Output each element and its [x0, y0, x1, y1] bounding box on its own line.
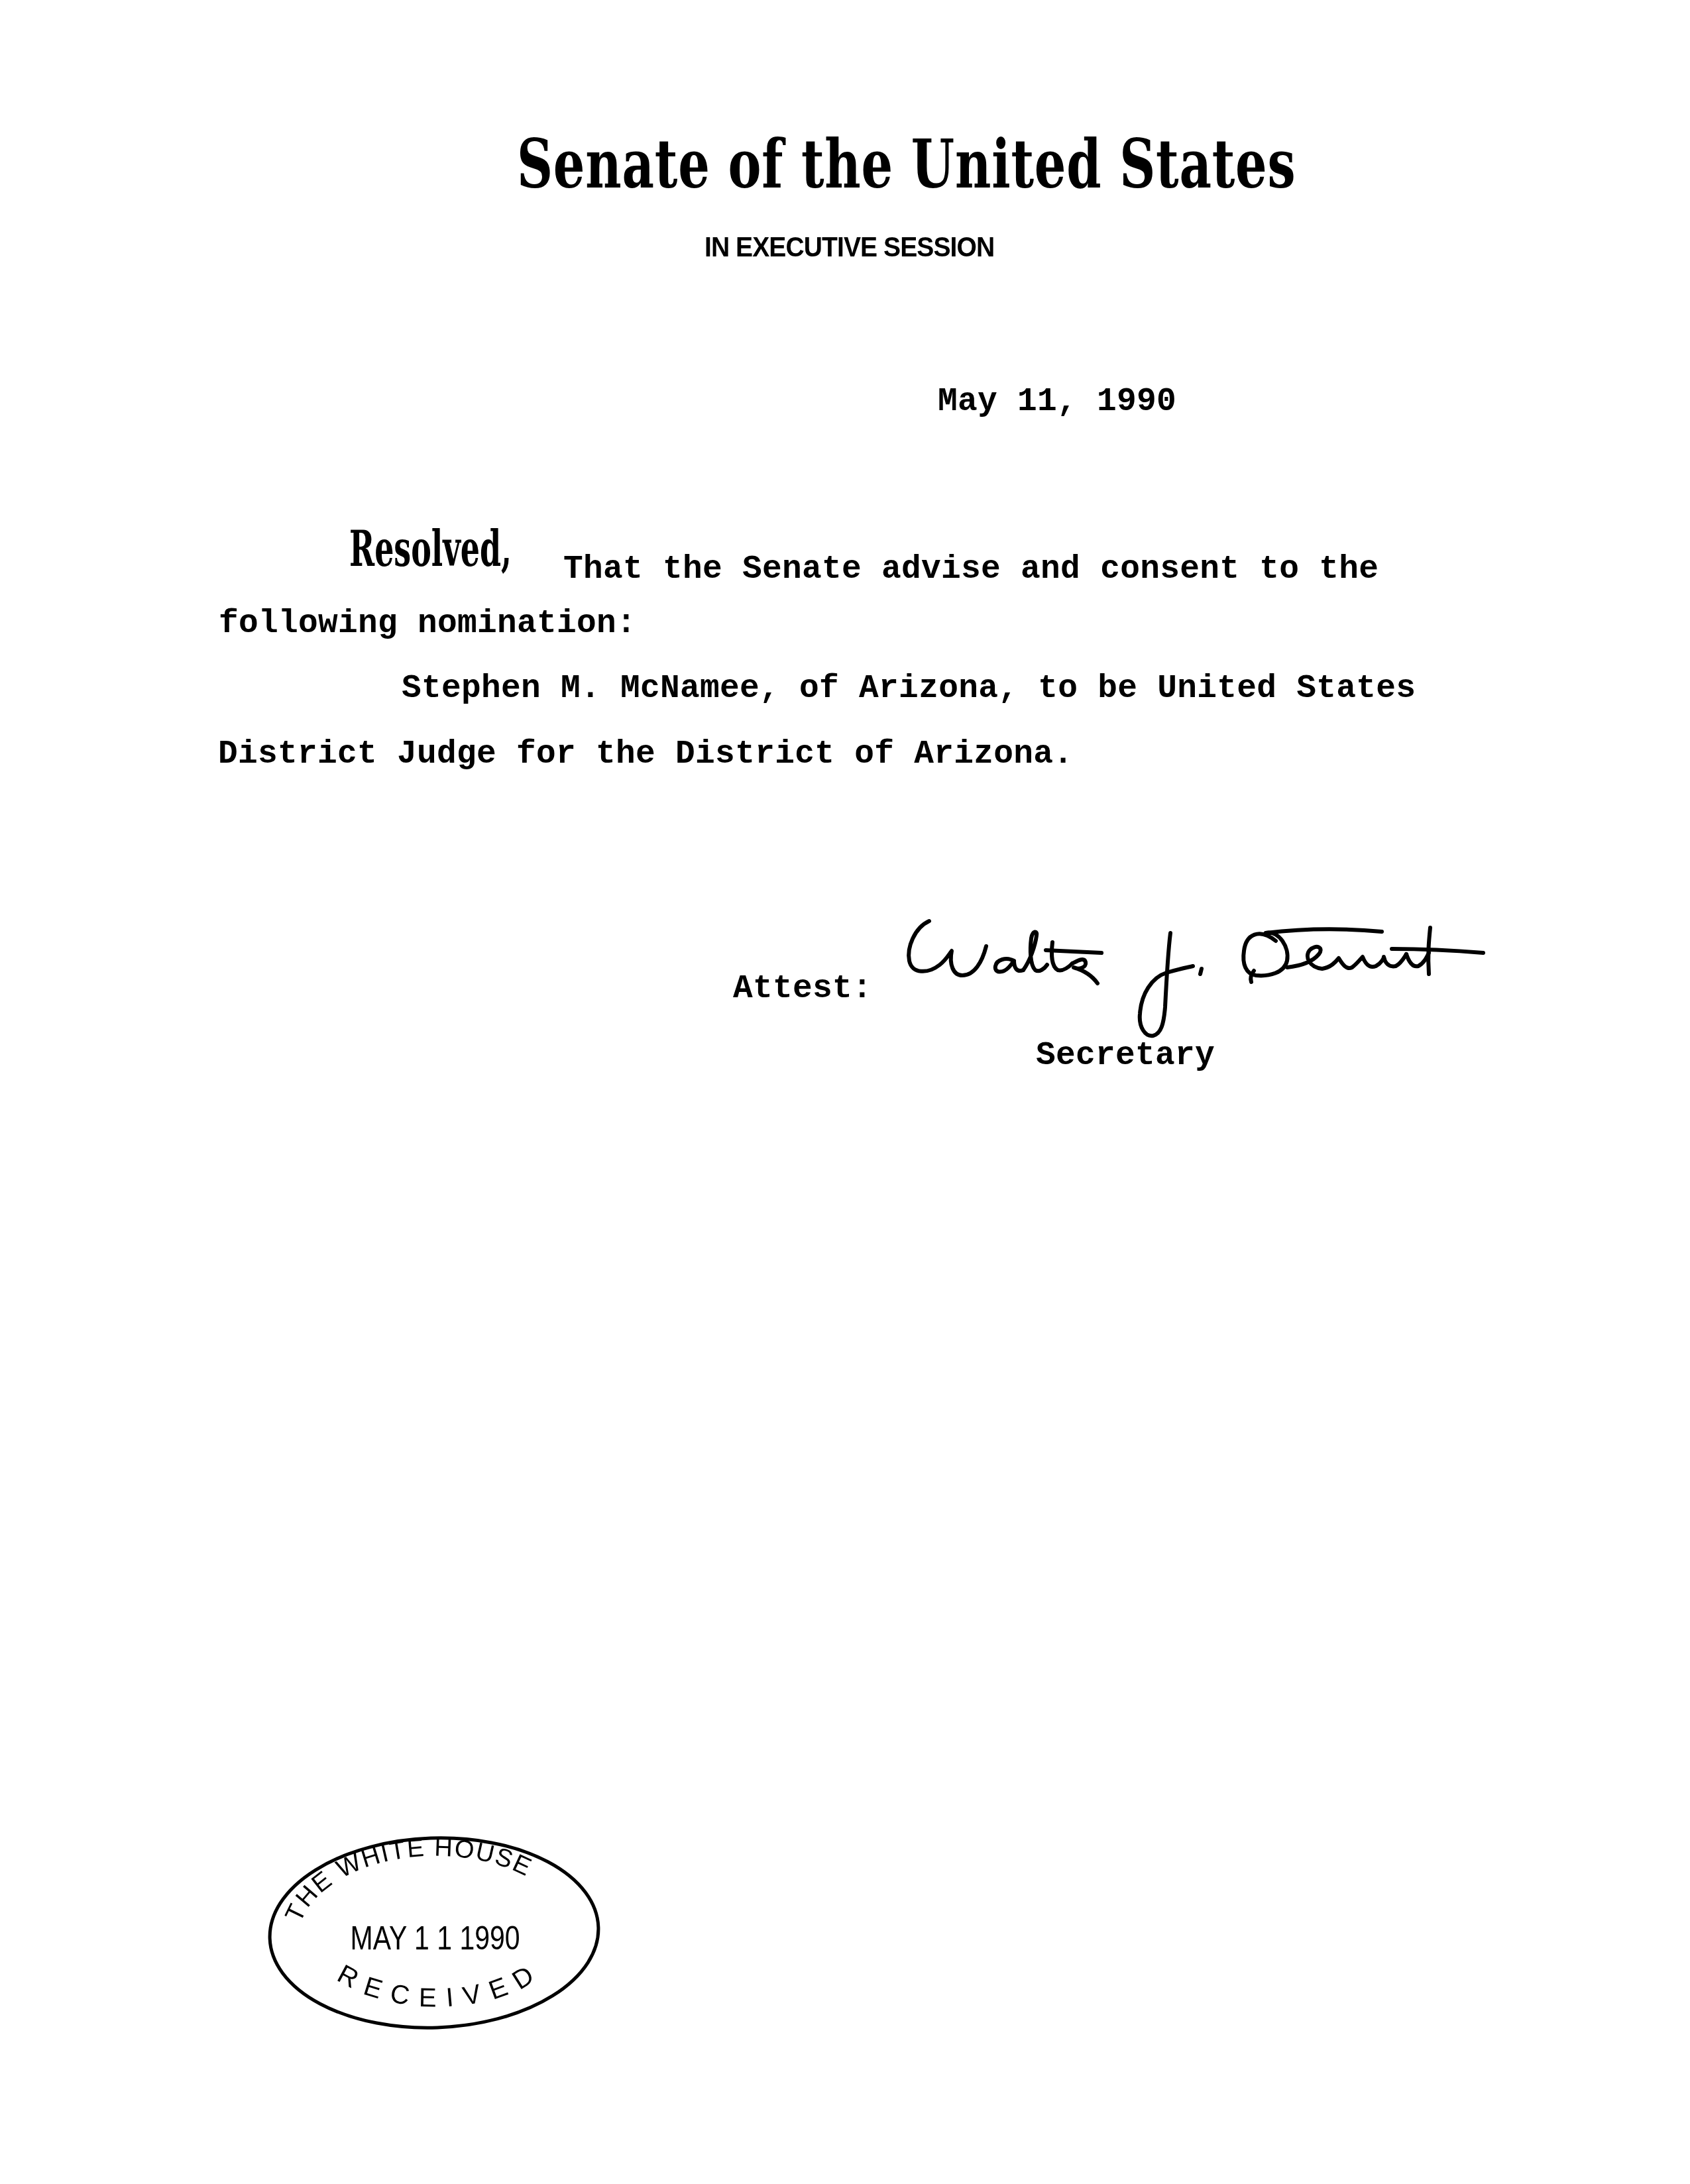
nomination-line-1: Stephen M. McNamee, of Arizona, to be Un… — [402, 673, 1416, 706]
document-date: May 11, 1990 — [938, 386, 1176, 419]
resolved-heading: Resolved, — [349, 525, 512, 574]
attest-label: Attest: — [733, 973, 872, 1006]
document-title: Senate of the United States — [517, 131, 1296, 198]
nomination-line-2: District Judge for the District of Arizo… — [218, 738, 1073, 771]
resolution-line-2: following nomination: — [219, 608, 636, 641]
stamp-top-text: THE WHITE HOUSE — [280, 1833, 536, 1926]
stamp-bottom-text: RECEIVED — [333, 1955, 548, 2012]
signature-walter-j-stewart: Walter J. Stewart — [888, 901, 1498, 1054]
white-house-received-stamp: THE WHITE HOUSE MAY 1 1 1990 RECEIVED — [262, 1829, 606, 2034]
session-subtitle: IN EXECUTIVE SESSION — [704, 233, 994, 261]
resolution-line-1: That the Senate advise and consent to th… — [563, 553, 1379, 586]
secretary-title: Secretary — [1036, 1040, 1215, 1073]
stamp-date: MAY 1 1 1990 — [351, 1920, 520, 1957]
